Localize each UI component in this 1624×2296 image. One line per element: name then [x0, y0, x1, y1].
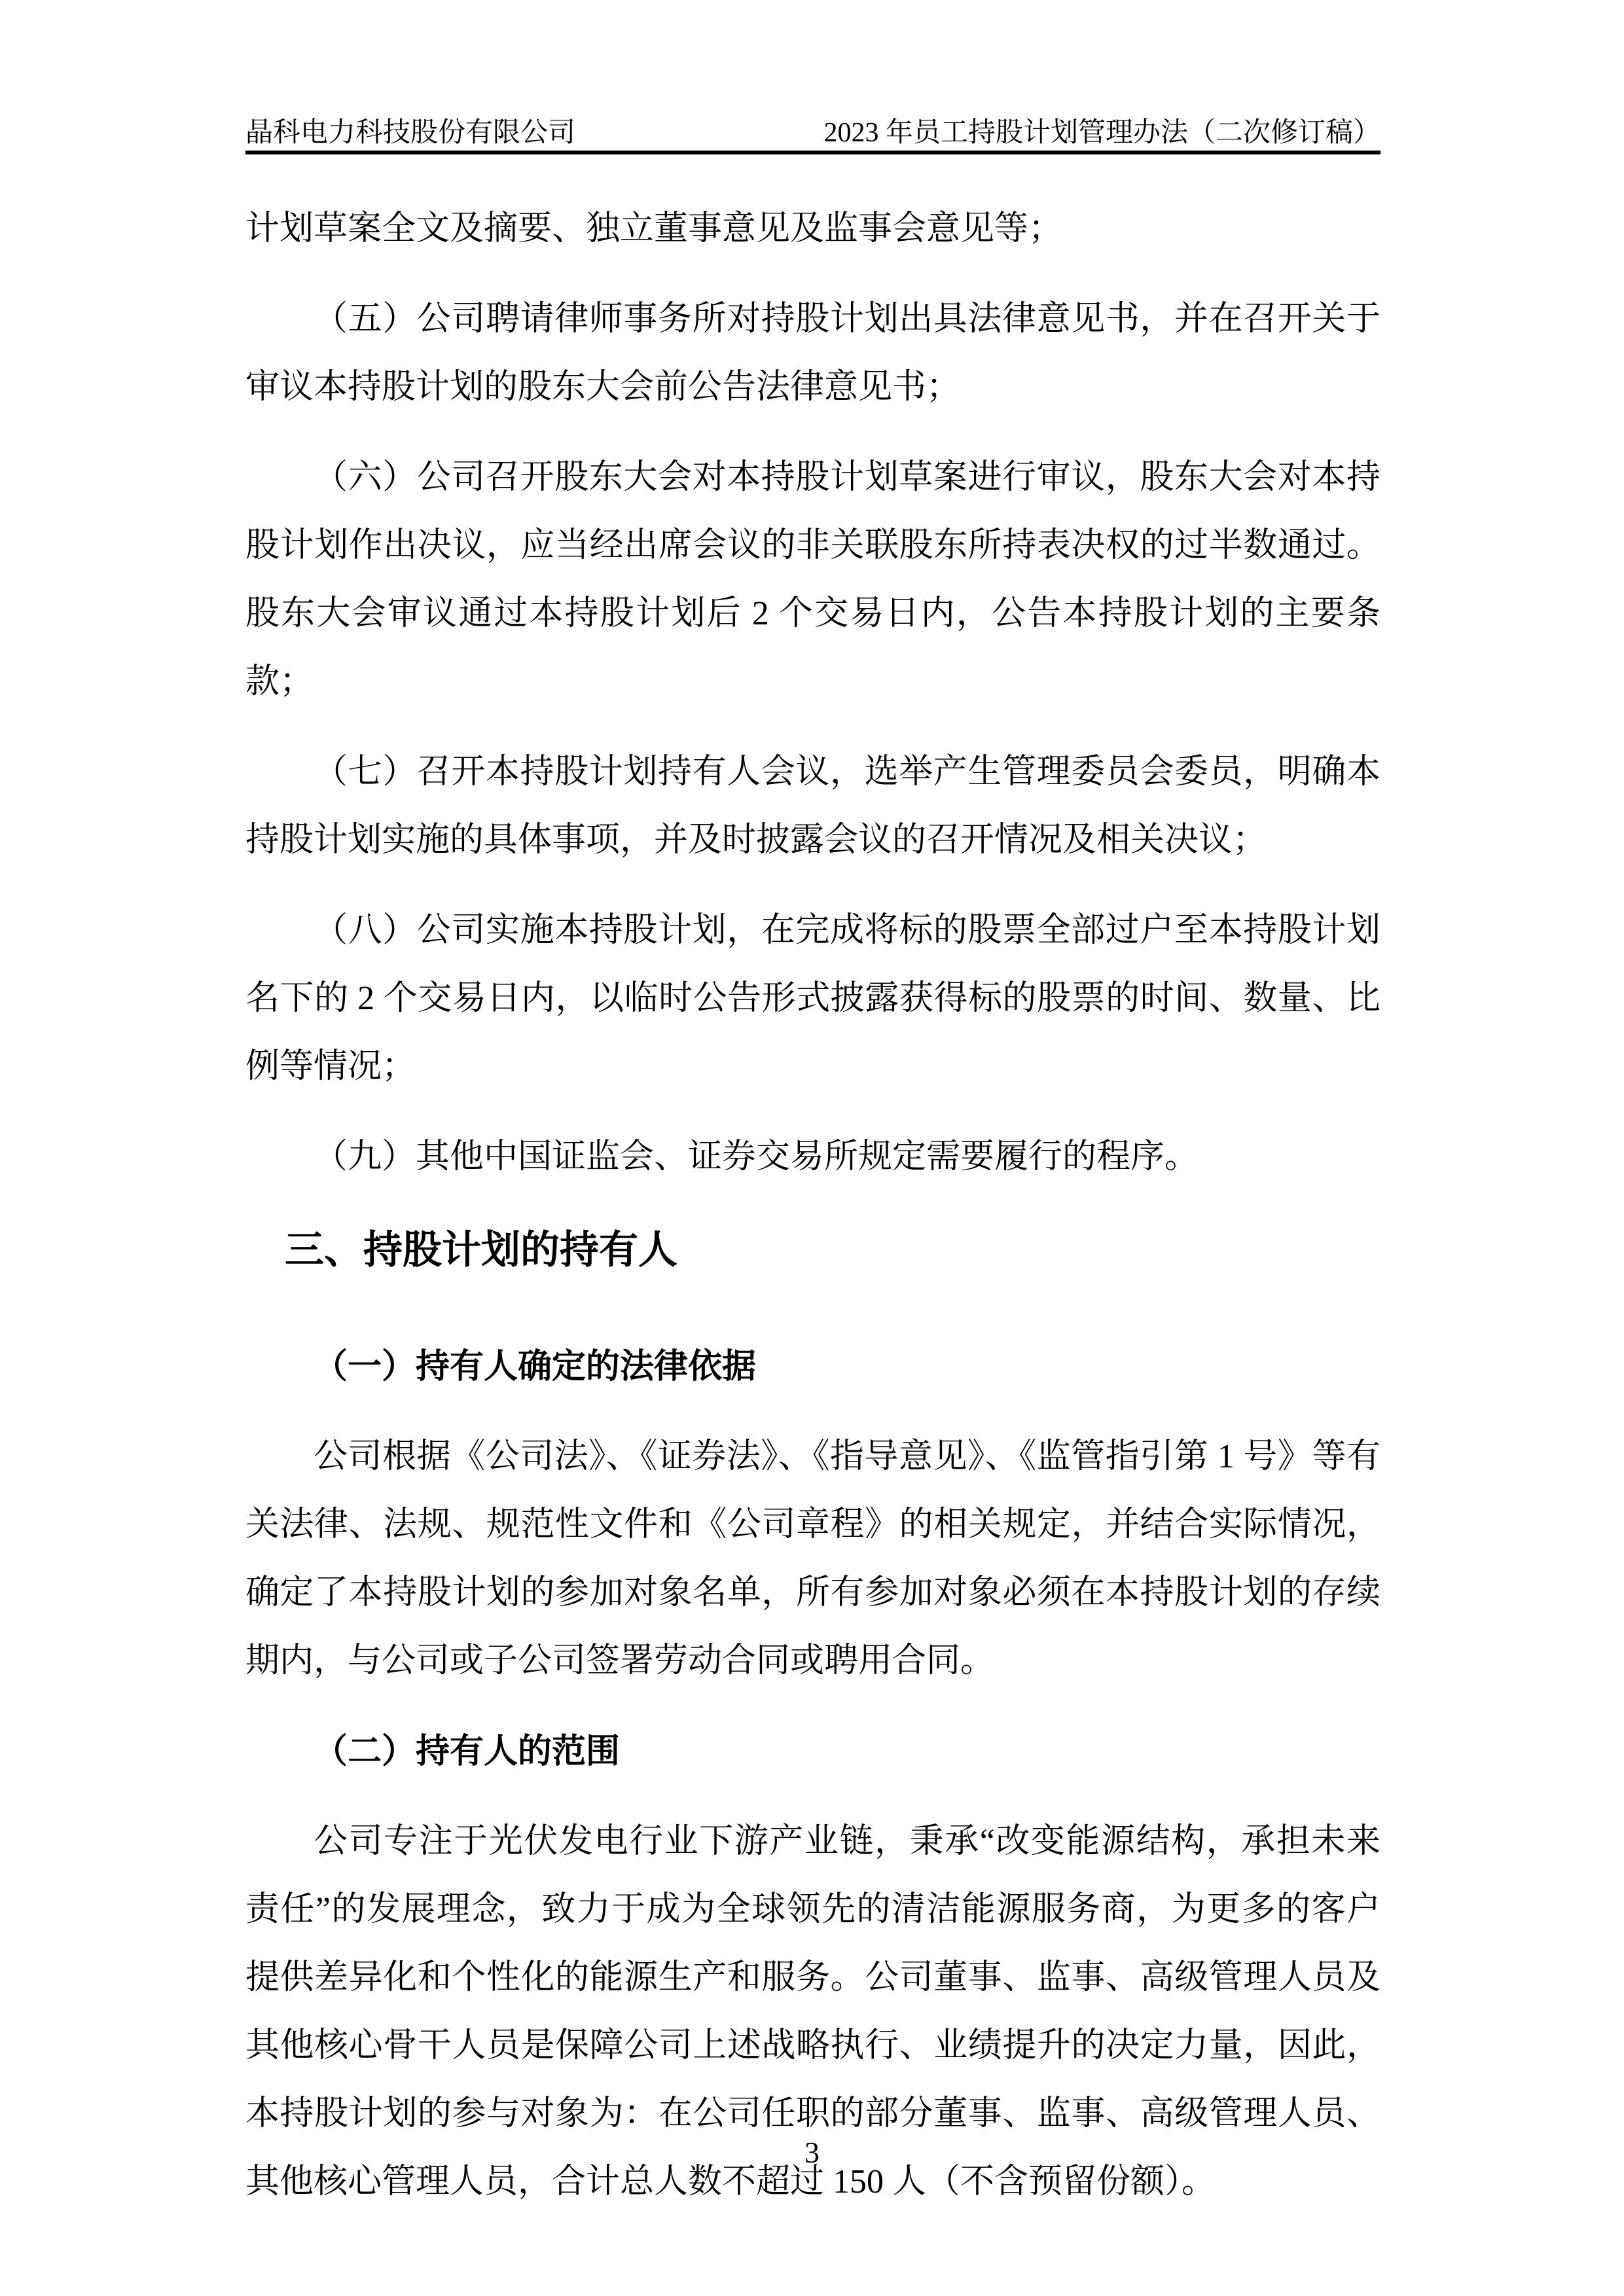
- paragraph: （八）公司实施本持股计划，在完成将标的股票全部过户至本持股计划名下的 2 个交易…: [245, 897, 1380, 1101]
- page-number: 3: [804, 2136, 820, 2169]
- paragraph: （七）召开本持股计划持有人会议，选举产生管理委员会委员，明确本持股计划实施的具体…: [245, 738, 1380, 874]
- page-footer: 3: [0, 2135, 1624, 2170]
- paragraph: （五）公司聘请律师事务所对持股计划出具法律意见书，并在召开关于审议本持股计划的股…: [245, 285, 1380, 422]
- document-body: 计划草案全文及摘要、独立董事意见及监事会意见等；（五）公司聘请律师事务所对持股计…: [245, 195, 1380, 2238]
- header-document-title: 2023 年员工持股计划管理办法（二次修订稿）: [823, 117, 1380, 149]
- paragraph: 公司根据《公司法》、《证券法》、《指导意见》、《监管指引第 1 号》等有关法律、…: [245, 1423, 1380, 1695]
- section-heading: （一）持有人确定的法律依据: [245, 1333, 1380, 1401]
- paragraph: 计划草案全文及摘要、独立董事意见及监事会意见等；: [245, 195, 1380, 263]
- paragraph: （六）公司召开股东大会对本持股计划草案进行审议，股东大会对本持股计划作出决议，应…: [245, 444, 1380, 716]
- header-company-name: 晶科电力科技股份有限公司: [245, 117, 575, 149]
- section-heading: 三、持股计划的持有人: [245, 1213, 1380, 1287]
- section-heading: （二）持有人的范围: [245, 1717, 1380, 1785]
- paragraph: （九）其他中国证监会、证券交易所规定需要履行的程序。: [245, 1123, 1380, 1191]
- page-header: 晶科电力科技股份有限公司 2023 年员工持股计划管理办法（二次修订稿）: [245, 117, 1380, 154]
